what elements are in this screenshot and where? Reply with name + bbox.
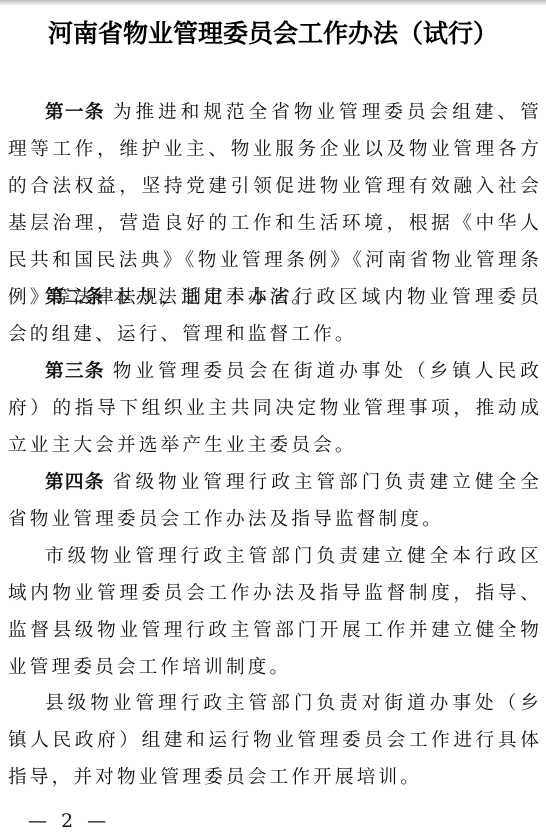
article-3: 第三条物业管理委员会在街道办事处（乡镇人民政府）的指导下组织业主共同决定物业管理… xyxy=(8,354,542,465)
article-label: 第二条 xyxy=(45,287,105,308)
paragraph-city-level: 市级物业管理行政主管部门负责建立健全本行政区域内物业管理委员会工作办法及指导监督… xyxy=(8,539,542,687)
article-4: 第四条省级物业管理行政主管部门负责建立健全全省物业管理委员会工作办法及指导监督制… xyxy=(8,465,542,539)
page-number: — 2 — xyxy=(28,810,110,832)
article-text: 为推进和规范全省物业管理委员会组建、管理等工作，维护业主、物业服务企业以及物业管… xyxy=(8,102,542,308)
article-2: 第二条本办法适用于本省行政区域内物业管理委员会的组建、运行、管理和监督工作。 xyxy=(8,280,542,354)
page-top-edge xyxy=(0,0,546,6)
article-label: 第一条 xyxy=(45,102,105,123)
document-title: 河南省物业管理委员会工作办法（试行） xyxy=(0,14,546,50)
article-label: 第四条 xyxy=(45,472,105,493)
paragraph-county-level: 县级物业管理行政主管部门负责对街道办事处（乡镇人民政府）组建和运行物业管理委员会… xyxy=(8,686,542,797)
article-label: 第三条 xyxy=(45,361,105,382)
